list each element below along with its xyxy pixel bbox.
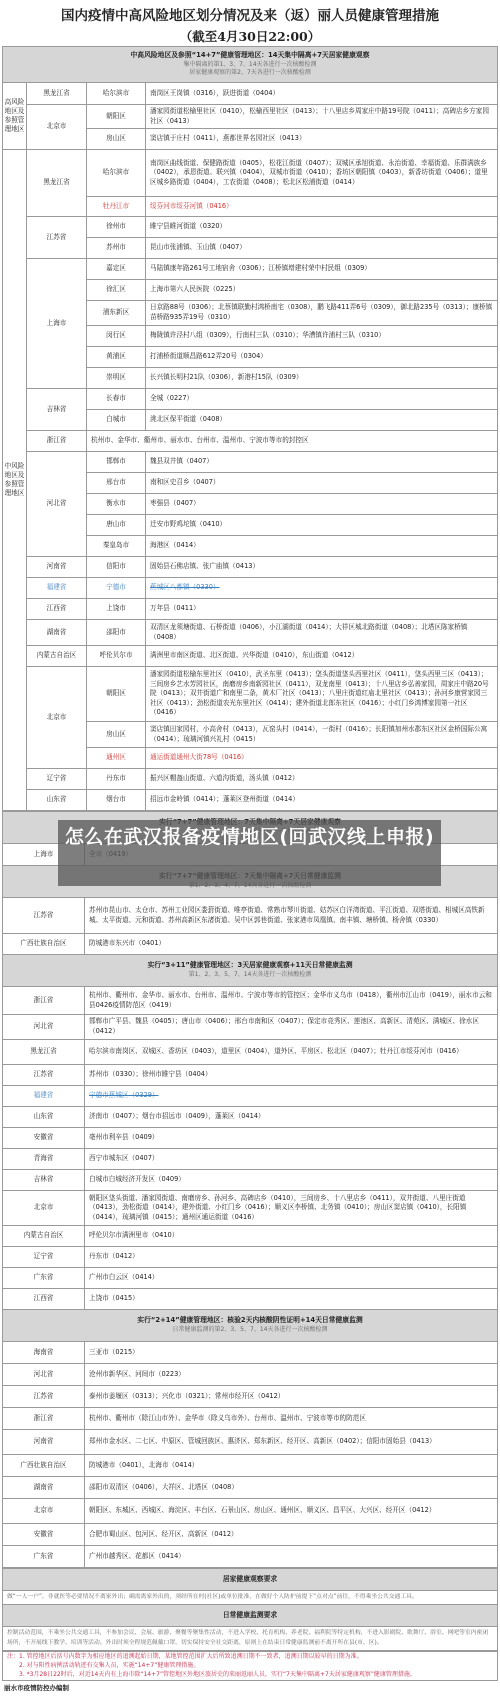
detail-cell: 广州市白云区（0414） bbox=[85, 1268, 498, 1289]
detail-cell: 招远市金岭镇（0414）；蓬莱区登州街道（0414） bbox=[146, 790, 498, 811]
city-cell: 通州区 bbox=[87, 748, 146, 769]
footer-credit: 丽水市疫情防控办编制 bbox=[2, 1681, 498, 1694]
province-cell: 吉林省 bbox=[27, 389, 87, 431]
province-cell: 北京市 bbox=[27, 667, 87, 769]
detail-cell: 迁安市野鸡坨镇（0410） bbox=[146, 515, 498, 536]
city-cell: 哈尔滨市 bbox=[87, 83, 146, 105]
province-cell: 福建省 bbox=[3, 1086, 85, 1107]
table-row: 青海省 西宁市城东区（0407） bbox=[3, 1149, 498, 1170]
detail-cell: 南岗区王岗镇（0316），跃进街道（0404） bbox=[146, 83, 498, 105]
province-cell: 河南省 bbox=[27, 557, 87, 578]
section-heading: 中高风险地区及参照“14+7”健康管理地区：14天集中隔离+7天居家健康观察 bbox=[7, 51, 493, 61]
province-cell: 内蒙古自治区 bbox=[3, 1226, 85, 1247]
table-row: 河北省 沧州市新华区、河间市（0223） bbox=[3, 1364, 498, 1386]
section-header-2-14: 实行“2+14”健康管理地区：核验2天内核酸阴性证明+14天日常健康监测 日常健… bbox=[3, 1310, 498, 1342]
detail-cell: 沧州市新华区、河间市（0223） bbox=[85, 1364, 498, 1386]
daily-monitoring-header: 日常健康监测要求 bbox=[3, 1605, 498, 1627]
section-heading: 居家健康观察要求 bbox=[7, 1574, 493, 1585]
section-heading: 实行“3+11”健康管理地区：3天居家健康观察+11天日常健康监测 bbox=[7, 961, 493, 971]
province-cell: 广东省 bbox=[3, 1546, 85, 1568]
table-row: 江苏省 苏州市昆山市、太仓市、苏州工业园区娄葑街道、唯亭街道、常熟市琴川街道、姑… bbox=[3, 898, 498, 934]
province-cell: 江苏省 bbox=[3, 1065, 85, 1086]
detail-cell: 马陆镇康年路261号工地宿舍（0306）；江桥镇增建村荣中村民组（0309） bbox=[146, 259, 498, 280]
detail-cell: 潘家园街道松榆里社区（0410），松榆西里社区（0413）；十八里店乡周家庄中路… bbox=[146, 105, 498, 129]
table-row: 江苏省 泰州市姜堰区（0313）；兴化市（0321）；常州市经开区（0412） bbox=[3, 1386, 498, 1408]
table-row: 黑龙江省 哈尔滨市南岗区、双城区、香坊区（0403），道里区（0404），道外区… bbox=[3, 1040, 498, 1065]
city-cell: 唐山市 bbox=[87, 515, 146, 536]
detail-cell: 邯郸市广平县、魏县（0405）；唐山市（0406）；邢台市南和区（0407）；保… bbox=[85, 1015, 498, 1040]
province-cell: 江西省 bbox=[27, 599, 87, 620]
detail-cell: 满洲里市南区街道、北区街道、兴华街道（0410），东山街道（0412） bbox=[146, 646, 498, 667]
province-cell: 江苏省 bbox=[3, 898, 85, 934]
province-cell: 上海市 bbox=[27, 259, 87, 389]
province-cell: 浙江省 bbox=[3, 1408, 85, 1430]
detail-cell: 郑州市金水区、二七区、中原区、管城回族区、惠济区、郑东新区、经开区、高新区（04… bbox=[85, 1430, 498, 1455]
table-row: 河北省 邯郸市 魏县双井镇（0407） bbox=[3, 452, 498, 473]
province-cell: 吉林省 bbox=[3, 1170, 85, 1191]
detail-cell: 振兴区帽盔山街道、六道沟街道，汤头镇（0412） bbox=[146, 769, 498, 790]
province-cell: 湖南省 bbox=[27, 620, 87, 646]
province-cell: 浙江省 bbox=[3, 987, 85, 1015]
table-row: 湖南省 邵阳市双清区（0406），大祥区、北塔区（0408） bbox=[3, 1477, 498, 1499]
city-cell: 嘉定区 bbox=[87, 259, 146, 280]
table-row: 辽宁省 丹东市 振兴区帽盔山街道、六道沟街道，汤头镇（0412） bbox=[3, 769, 498, 790]
province-cell: 江西省 bbox=[3, 1289, 85, 1310]
city-cell: 秦皇岛市 bbox=[87, 536, 146, 557]
city-cell: 房山区 bbox=[87, 129, 146, 150]
detail-cell: 宁德市蕉城区（0329） bbox=[85, 1086, 498, 1107]
province-cell: 北京市 bbox=[27, 105, 87, 150]
table-row: 北京市 朝阳区垡头街道、潘家园街道、南磨房乡、孙河乡、高碑店乡（0410），三间… bbox=[3, 1191, 498, 1226]
city-cell: 黄浦区 bbox=[87, 347, 146, 368]
section-subheading: 第1、2、3、5、7、14天各进行一次核酸检测 bbox=[7, 971, 493, 980]
detail-cell: 通运街道通州大街78号（0416） bbox=[146, 748, 498, 769]
city-cell: 上饶市 bbox=[87, 599, 146, 620]
table-row: 江西省 上饶市 万年县（0411） bbox=[3, 599, 498, 620]
province-cell: 河南省 bbox=[3, 1430, 85, 1455]
city-cell: 哈尔滨市 bbox=[87, 150, 146, 197]
home-observation-header: 居家健康观察要求 bbox=[3, 1569, 498, 1591]
detail-cell: 昆山市张浦镇、玉山镇（0407） bbox=[146, 238, 498, 259]
section-heading: 实行“2+14”健康管理地区：核验2天内核酸阴性证明+14天日常健康监测 bbox=[7, 1316, 493, 1326]
city-cell: 闵行区 bbox=[87, 326, 146, 347]
table-row: 中风险地区及参照管理地区 黑龙江省 哈尔滨市 南岗区曲线街道、保健路街道（040… bbox=[3, 150, 498, 197]
note-2: 2. 对与阳性病例活动轨迹有交集人员，实施“14+7”健康管理措施。 bbox=[7, 1661, 493, 1670]
detail-cell: 杭州市、衢州市、金华市、丽水市、台州市、温州市、宁波市等市的管控区；金华市义乌市… bbox=[85, 987, 498, 1015]
detail-cell: 枣强县（0407） bbox=[146, 494, 498, 515]
table-row: 江苏省 苏州市（0330）；徐州市睢宁县（0404） bbox=[3, 1065, 498, 1086]
table-row: 福建省 宁德市 蕉城区八都镇（0330） bbox=[3, 578, 498, 599]
table-row: 北京市 朝阳区 潘家园街道松榆里社区（0410），松榆西里社区（0413）；十八… bbox=[3, 105, 498, 129]
province-cell: 广西壮族自治区 bbox=[3, 934, 85, 955]
province-cell: 青海省 bbox=[3, 1149, 85, 1170]
province-cell: 安徽省 bbox=[3, 1128, 85, 1149]
city-cell: 朝阳区 bbox=[87, 105, 146, 129]
detail-cell: 万年县（0411） bbox=[146, 599, 498, 620]
detail-cell: 呼伦贝尔市满洲里市（0410） bbox=[85, 1226, 498, 1247]
table-row: 河北省 邯郸市广平县、魏县（0405）；唐山市（0406）；邢台市南和区（040… bbox=[3, 1015, 498, 1040]
city-cell: 徐州市 bbox=[87, 217, 146, 238]
table-row: 河南省 信阳市 固始县石佛店镇、张广庙镇（0413） bbox=[3, 557, 498, 578]
city-cell: 崇明区 bbox=[87, 368, 146, 389]
table-row: 山东省 济南市（0407）；烟台市招远市（0409），蓬莱区（0414） bbox=[3, 1107, 498, 1128]
detail-cell: 蕉城区八都镇（0330） bbox=[146, 578, 498, 599]
province-cell: 江苏省 bbox=[27, 217, 87, 259]
table-row: 吉林省 长春市 全城（0227） bbox=[3, 389, 498, 410]
home-observation-text: 做“一人一户”，非就医等必要情况不离家外出；确需离家外出的，须经所在村(社区)或… bbox=[3, 1591, 498, 1605]
province-cell: 河北省 bbox=[3, 1364, 85, 1386]
city-cell: 徐汇区 bbox=[87, 280, 146, 301]
note-3: 3. *3月28日22时后，对近14天内有上海市除“14+7”管控地区外地区旅居… bbox=[7, 1670, 493, 1679]
detail-cell: 邵阳市双清区（0406），大祥区、北塔区（0408） bbox=[85, 1477, 498, 1499]
table-row: 海南省 三亚市（0215） bbox=[3, 1342, 498, 1364]
city-cell: 苏州市 bbox=[87, 238, 146, 259]
detail-cell: 杭州市、衢州市（除江山市外）、金华市（除义乌市外）、台州市、温州市、宁波市等市的… bbox=[85, 1408, 498, 1430]
detail-cell: 窦店镇田家园村，小高舍村（0413），瓦窑头村（0414），一街村（0416）；… bbox=[146, 722, 498, 748]
detail-cell: 广州市越秀区、花都区（0414） bbox=[85, 1546, 498, 1568]
province-cell: 浙江省 bbox=[27, 431, 87, 452]
table-row: 高风险地区及参照管理地区 黑龙江省 哈尔滨市 南岗区王岗镇（0316），跃进街道… bbox=[3, 83, 498, 105]
section-subheading: 日常健康监测的第2、3、5、7、14天各进行一次核酸检测 bbox=[7, 1326, 493, 1335]
province-cell: 内蒙古自治区 bbox=[27, 646, 87, 667]
table-row: 广西壮族自治区 防城港市东兴市（0401） bbox=[3, 934, 498, 955]
detail-cell: 苏州市昆山市、太仓市、苏州工业园区娄葑街道、唯亭街道、常熟市琴川街道、姑苏区白洋… bbox=[85, 898, 498, 934]
detail-cell: 上饶市（0415） bbox=[85, 1289, 498, 1310]
table-row: 内蒙古自治区 呼伦贝尔市满洲里市（0410） bbox=[3, 1226, 498, 1247]
detail-cell: 防城港市东兴市（0401） bbox=[85, 934, 498, 955]
province-cell: 福建省 bbox=[27, 578, 87, 599]
table-row: 浙江省 杭州市、衢州市、金华市、丽水市、台州市、温州市、宁波市等市的管控区；金华… bbox=[3, 987, 498, 1015]
province-cell: 黑龙江省 bbox=[27, 83, 87, 105]
detail-cell: 洮北区保平街道（0408） bbox=[146, 410, 498, 431]
table-row: 北京市 朝阳区 潘家园街道松榆东里社区（0410），武圣东里（0413）；垡头街… bbox=[3, 667, 498, 722]
detail-cell: 潘家园街道松榆东里社区（0410），武圣东里（0413）；垡头街道垡头西里社区（… bbox=[146, 667, 498, 722]
table-row: 江苏省 徐州市 睢宁县睢河街道（0320） bbox=[3, 217, 498, 238]
table-row: 北京市 朝阳区、东城区、西城区、海淀区、丰台区、石景山区、房山区、通州区、顺义区… bbox=[3, 1499, 498, 1524]
province-cell: 黑龙江省 bbox=[3, 1040, 85, 1065]
detail-cell: 济南市（0407）；烟台市招远市（0409），蓬莱区（0414） bbox=[85, 1107, 498, 1128]
note-1: 注：1. 管控地区后括号内数字为相应地区的追溯起始日期，某地管控范围扩大后所致追… bbox=[7, 1652, 493, 1661]
city-cell: 房山区 bbox=[87, 722, 146, 748]
city-cell: 邯郸市 bbox=[87, 452, 146, 473]
table-row: 浙江省 杭州市、衢州市（除江山市外）、金华市（除义乌市外）、台州市、温州市、宁波… bbox=[3, 1408, 498, 1430]
province-cell: 江苏省 bbox=[3, 1386, 85, 1408]
detail-cell: 三亚市（0215） bbox=[85, 1342, 498, 1364]
province-cell: 海南省 bbox=[3, 1342, 85, 1364]
detail-cell: 白城市白城经济开发区（0409） bbox=[85, 1170, 498, 1191]
table-row: 安徽省 合肥市蜀山区、包河区、经开区、高新区（0412） bbox=[3, 1524, 498, 1546]
document-title: 国内疫情中高风险地区划分情况及来（返）丽人员健康管理措施 （截至4月30日22:… bbox=[0, 0, 500, 49]
detail-cell: 防城港市（0401），北海市（0414） bbox=[85, 1455, 498, 1477]
category-high-risk: 高风险地区及参照管理地区 bbox=[3, 83, 27, 150]
province-cell: 广东省 bbox=[3, 1268, 85, 1289]
city-cell: 邵阳市 bbox=[87, 620, 146, 646]
detail-cell: 苏州市（0330）；徐州市睢宁县（0404） bbox=[85, 1065, 498, 1086]
detail-cell: 朝阳区垡头街道、潘家园街道、南磨房乡、孙河乡、高碑店乡（0410），三间房乡、十… bbox=[85, 1191, 498, 1226]
table-row: 辽宁省 丹东市（0412） bbox=[3, 1247, 498, 1268]
detail-cell: 泰州市姜堰区（0313）；兴化市（0321）；常州市经开区（0412） bbox=[85, 1386, 498, 1408]
notes-block: 注：1. 管控地区后括号内数字为相应地区的追溯起始日期，某地管控范围扩大后所致追… bbox=[3, 1651, 498, 1680]
detail-cell: 西宁市城东区（0407） bbox=[85, 1149, 498, 1170]
category-mid-risk: 中风险地区及参照管理地区 bbox=[3, 150, 27, 811]
province-cell: 北京市 bbox=[3, 1499, 85, 1524]
city-cell: 衡水市 bbox=[87, 494, 146, 515]
province-cell: 辽宁省 bbox=[27, 769, 87, 790]
city-cell: 邢台市 bbox=[87, 473, 146, 494]
table-row: 安徽省 亳州市利辛县（0409） bbox=[3, 1128, 498, 1149]
table-row: 福建省 宁德市蕉城区（0329） bbox=[3, 1086, 498, 1107]
detail-cell: 南岗区曲线街道、保健路街道（0405），松花江街道（0407）；双城区承旭街道、… bbox=[146, 150, 498, 197]
overlay-caption: 怎么在武汉报备疫情地区(回武汉线上申报) bbox=[58, 820, 441, 886]
table-row: 广西壮族自治区 防城港市（0401），北海市（0414） bbox=[3, 1455, 498, 1477]
detail-cell: 全城（0227） bbox=[146, 389, 498, 410]
table-row: 广东省 广州市白云区（0414） bbox=[3, 1268, 498, 1289]
detail-cell: 朝阳区、东城区、西城区、海淀区、丰台区、石景山区、房山区、通州区、顺义区、昌平区… bbox=[85, 1499, 498, 1524]
table-row: 内蒙古自治区 呼伦贝尔市 满洲里市南区街道、北区街道、兴华街道（0410），东山… bbox=[3, 646, 498, 667]
detail-cell: 亳州市利辛县（0409） bbox=[85, 1128, 498, 1149]
title-line-1: 国内疫情中高风险地区划分情况及来（返）丽人员健康管理措施 bbox=[0, 0, 500, 27]
province-cell: 黑龙江省 bbox=[27, 150, 87, 217]
province-cell: 北京市 bbox=[3, 1191, 85, 1226]
city-cell: 长春市 bbox=[87, 389, 146, 410]
detail-cell: 杭州市、金华市、衢州市、丽水市、台州市、温州市、宁波市等市的封控区 bbox=[87, 431, 498, 452]
city-cell: 牡丹江市 bbox=[87, 197, 146, 217]
city-cell: 白城市 bbox=[87, 410, 146, 431]
detail-cell: 固始县石佛店镇、张广庙镇（0413） bbox=[146, 557, 498, 578]
section-heading: 日常健康监测要求 bbox=[7, 1610, 493, 1621]
detail-cell: 魏县双井镇（0407） bbox=[146, 452, 498, 473]
province-cell: 河北省 bbox=[3, 1015, 85, 1040]
city-cell: 朝阳区 bbox=[87, 667, 146, 722]
province-cell: 辽宁省 bbox=[3, 1247, 85, 1268]
city-cell: 宁德市 bbox=[87, 578, 146, 599]
province-cell: 河北省 bbox=[27, 452, 87, 557]
table-row: 浙江省 杭州市、金华市、衢州市、丽水市、台州市、温州市、宁波市等市的封控区 bbox=[3, 431, 498, 452]
detail-cell: 海港区（0414） bbox=[146, 536, 498, 557]
detail-cell: 窦店镇于庄村（0411），燕都世界名园社区（0413） bbox=[146, 129, 498, 150]
section-header-14-7: 中高风险地区及参照“14+7”健康管理地区：14天集中隔离+7天居家健康观察 集… bbox=[3, 47, 498, 83]
table-row: 上海市 嘉定区 马陆镇康年路261号工地宿舍（0306）；江桥镇增建村荣中村民组… bbox=[3, 259, 498, 280]
detail-cell: 合肥市蜀山区、包河区、经开区、高新区（0412） bbox=[85, 1524, 498, 1546]
city-cell: 信阳市 bbox=[87, 557, 146, 578]
table-row: 山东省 烟台市 招远市金岭镇（0414）；蓬莱区登州街道（0414） bbox=[3, 790, 498, 811]
section-subheading: 居家健康观察的第2、7天各进行一次核酸检测 bbox=[7, 69, 493, 78]
province-cell: 山东省 bbox=[27, 790, 87, 811]
detail-cell: 绥芬河市绥芬河镇（0416） bbox=[146, 197, 498, 217]
province-cell: 广西壮族自治区 bbox=[3, 1455, 85, 1477]
province-cell: 湖南省 bbox=[3, 1477, 85, 1499]
table-row: 吉林省 白城市白城经济开发区（0409） bbox=[3, 1170, 498, 1191]
table-row: 江西省 上饶市（0415） bbox=[3, 1289, 498, 1310]
detail-cell: 丹东市（0412） bbox=[85, 1247, 498, 1268]
detail-cell: 哈尔滨市南岗区、双城区、香坊区（0403），道里区（0404），道外区、平房区、… bbox=[85, 1040, 498, 1065]
section-header-3-11: 实行“3+11”健康管理地区：3天居家健康观察+11天日常健康监测 第1、2、3… bbox=[3, 955, 498, 987]
city-cell: 丹东市 bbox=[87, 769, 146, 790]
detail-cell: 梅陇镇许泾村八组（0309），行南村三队（0310）；华漕镇许浦村三队（0310… bbox=[146, 326, 498, 347]
detail-cell: 双清区龙须塘街道、石桥街道（0406），小江湖街道（0414）；大祥区城北路街道… bbox=[146, 620, 498, 646]
detail-cell: 日京路88号（0306）；北蔡镇联勤村鸿桥南宅（0308），鹏飞路411弄6号（… bbox=[146, 301, 498, 326]
city-cell: 浦东新区 bbox=[87, 301, 146, 326]
city-cell: 烟台市 bbox=[87, 790, 146, 811]
table-row: 河南省 郑州市金水区、二七区、中原区、管城回族区、惠济区、郑东新区、经开区、高新… bbox=[3, 1430, 498, 1455]
detail-cell: 南和区史召乡（0407） bbox=[146, 473, 498, 494]
detail-cell: 睢宁县睢河街道（0320） bbox=[146, 217, 498, 238]
table-row: 湖南省 邵阳市 双清区龙须塘街道、石桥街道（0406），小江湖街道（0414）；… bbox=[3, 620, 498, 646]
province-cell: 山东省 bbox=[3, 1107, 85, 1128]
daily-monitoring-text: 控制活动范围，不乘坐公共交通工具，不参加会议、会展、旅游、聚餐等聚集性活动，不进… bbox=[3, 1627, 498, 1651]
city-cell: 呼伦贝尔市 bbox=[87, 646, 146, 667]
table-row: 广东省 广州市越秀区、花都区（0414） bbox=[3, 1546, 498, 1568]
province-cell: 安徽省 bbox=[3, 1524, 85, 1546]
detail-cell: 长兴镇长明村21队（0306），新港村15队（0309） bbox=[146, 368, 498, 389]
detail-cell: 打浦桥街道顺昌路612弄20号（0304） bbox=[146, 347, 498, 368]
detail-cell: 上海市第六人民医院（0225） bbox=[146, 280, 498, 301]
